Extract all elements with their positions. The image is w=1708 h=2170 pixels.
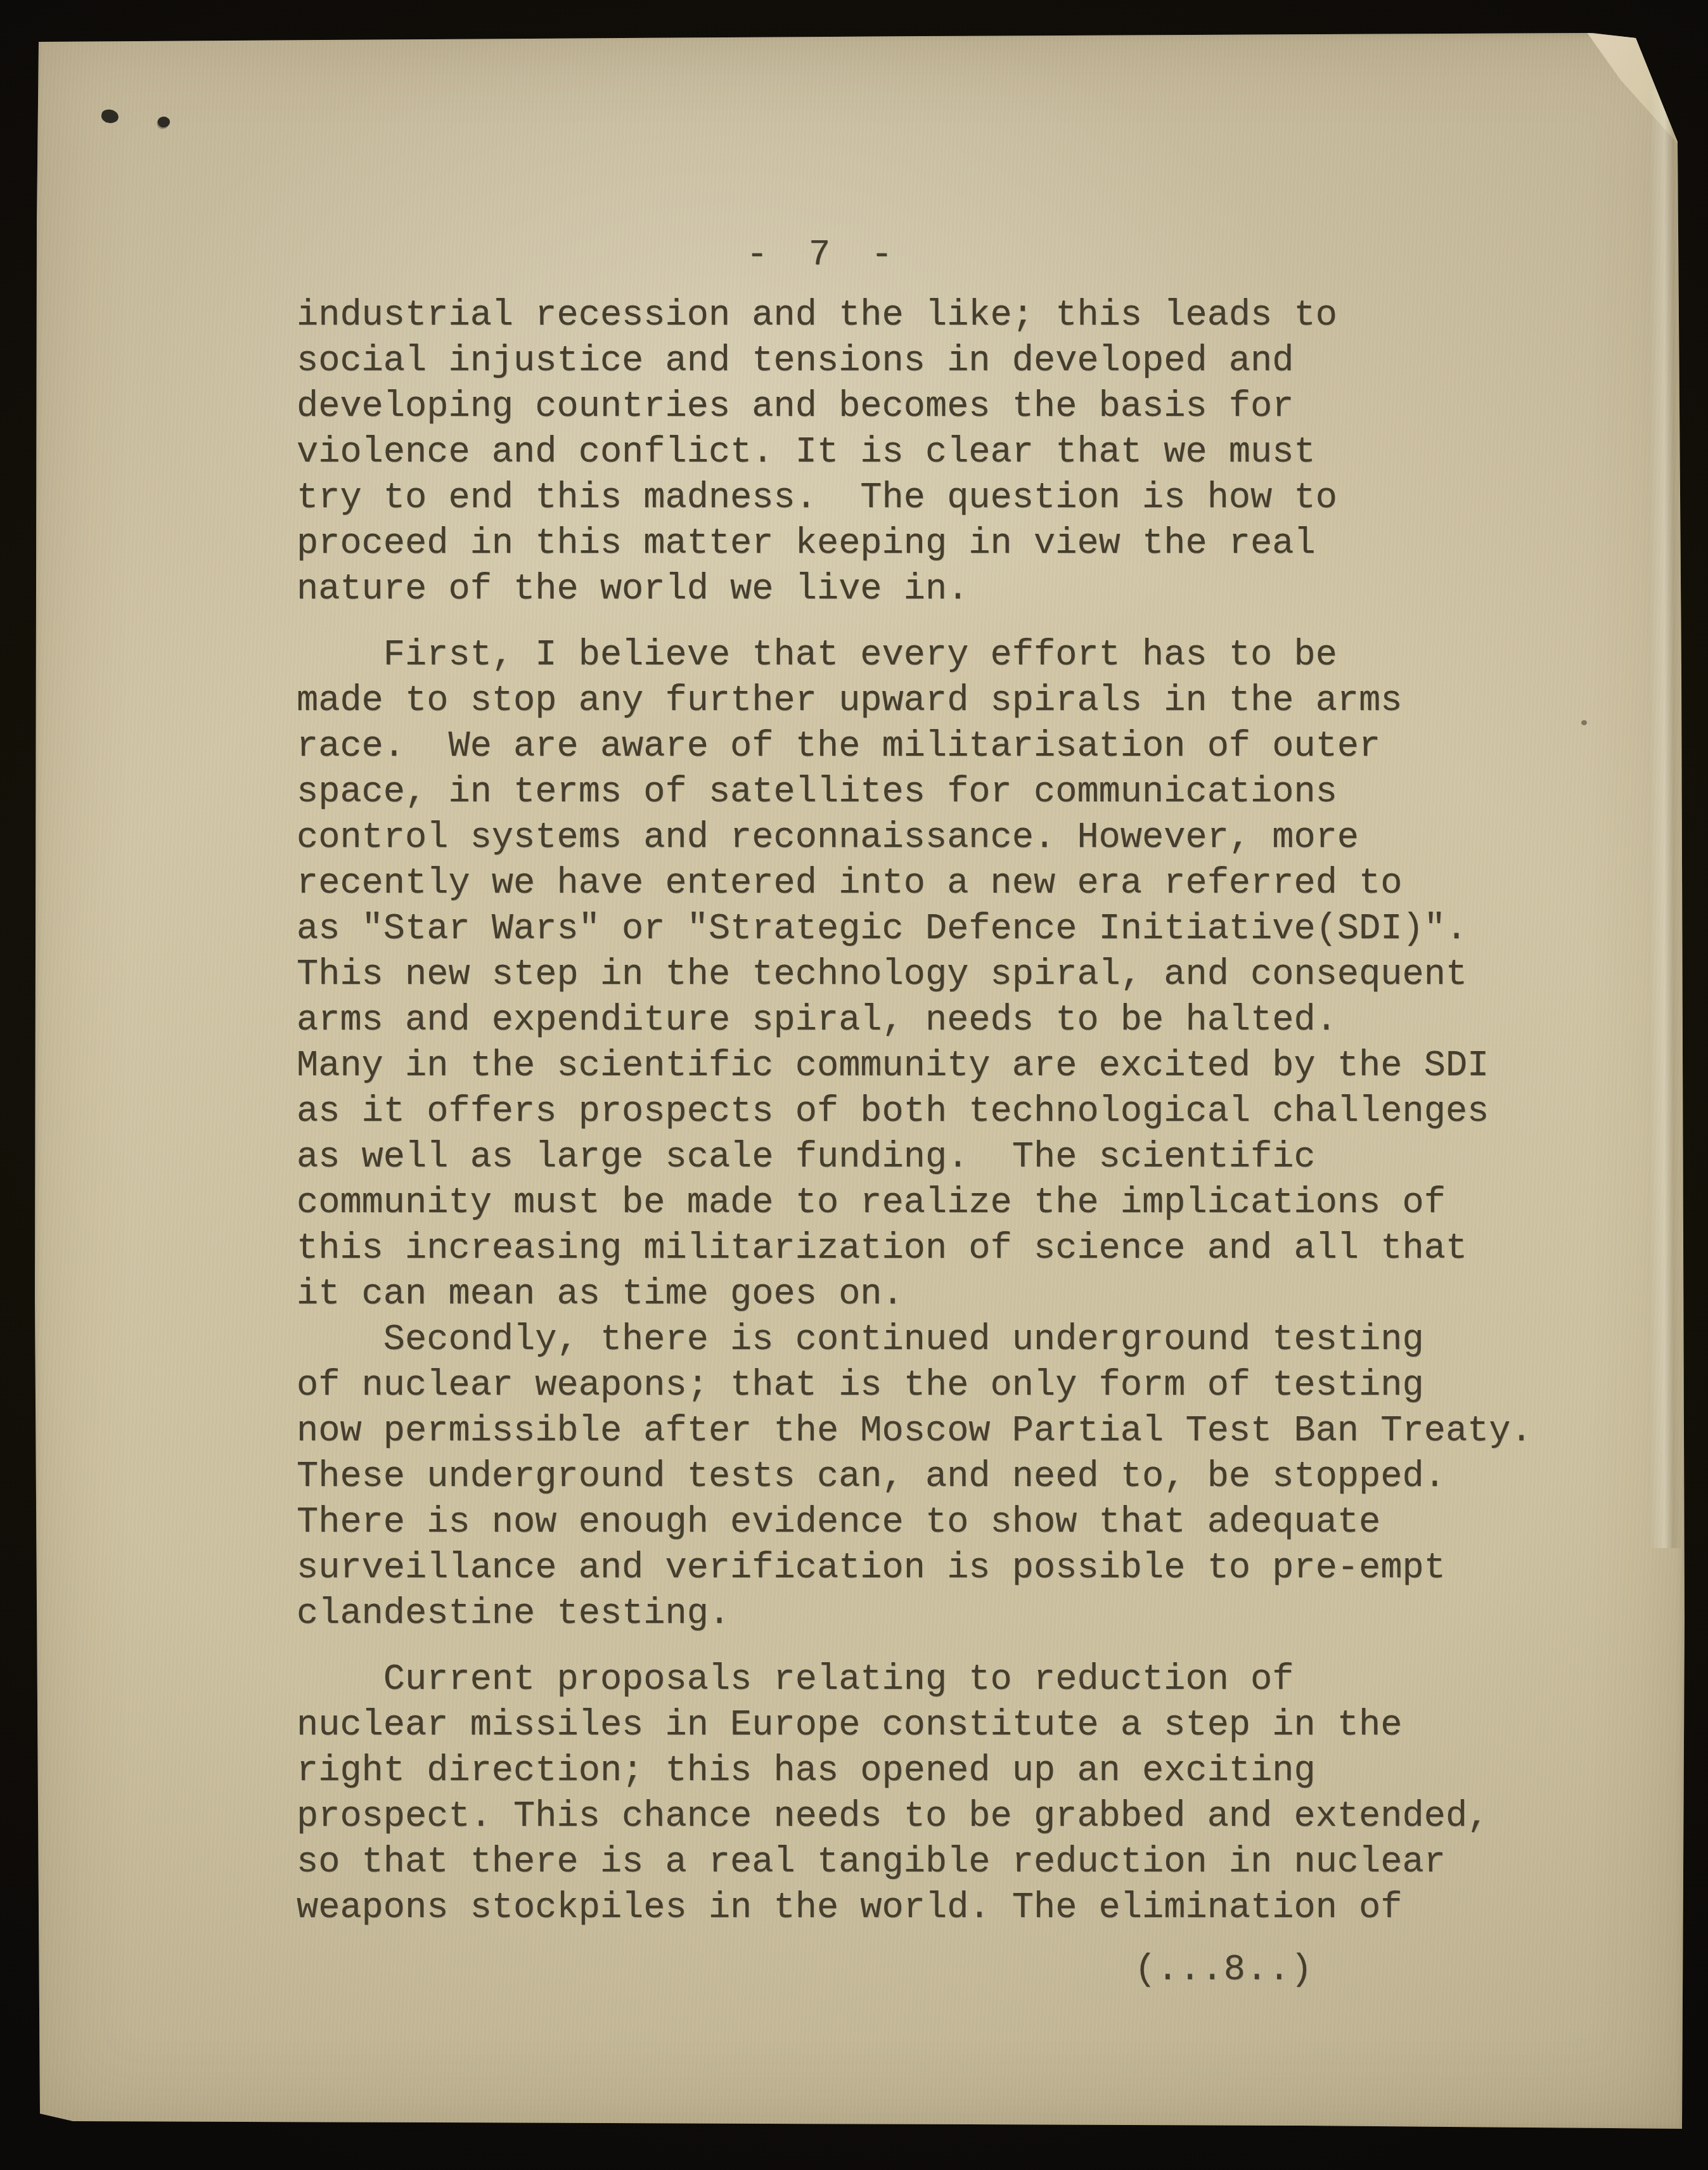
scan-background: - 7 - industrial recession and the like;… <box>0 0 1708 2170</box>
page-body: industrial recession and the like; this … <box>297 293 1653 1931</box>
paragraph-2: First, I believe that every effort has t… <box>297 633 1653 1317</box>
ink-mark <box>101 108 120 124</box>
paragraph-3: Secondly, there is continued underground… <box>297 1317 1653 1637</box>
ink-mark <box>157 115 171 129</box>
page-continuation-marker: (...8..) <box>1134 1947 1313 1993</box>
page-number: - 7 - <box>716 233 925 278</box>
paragraph-4: Current proposals relating to reduction … <box>297 1657 1653 1931</box>
document-page: - 7 - industrial recession and the like;… <box>35 33 1685 2131</box>
paper-crease <box>1650 90 1683 1548</box>
paragraph-1: industrial recession and the like; this … <box>297 293 1653 612</box>
